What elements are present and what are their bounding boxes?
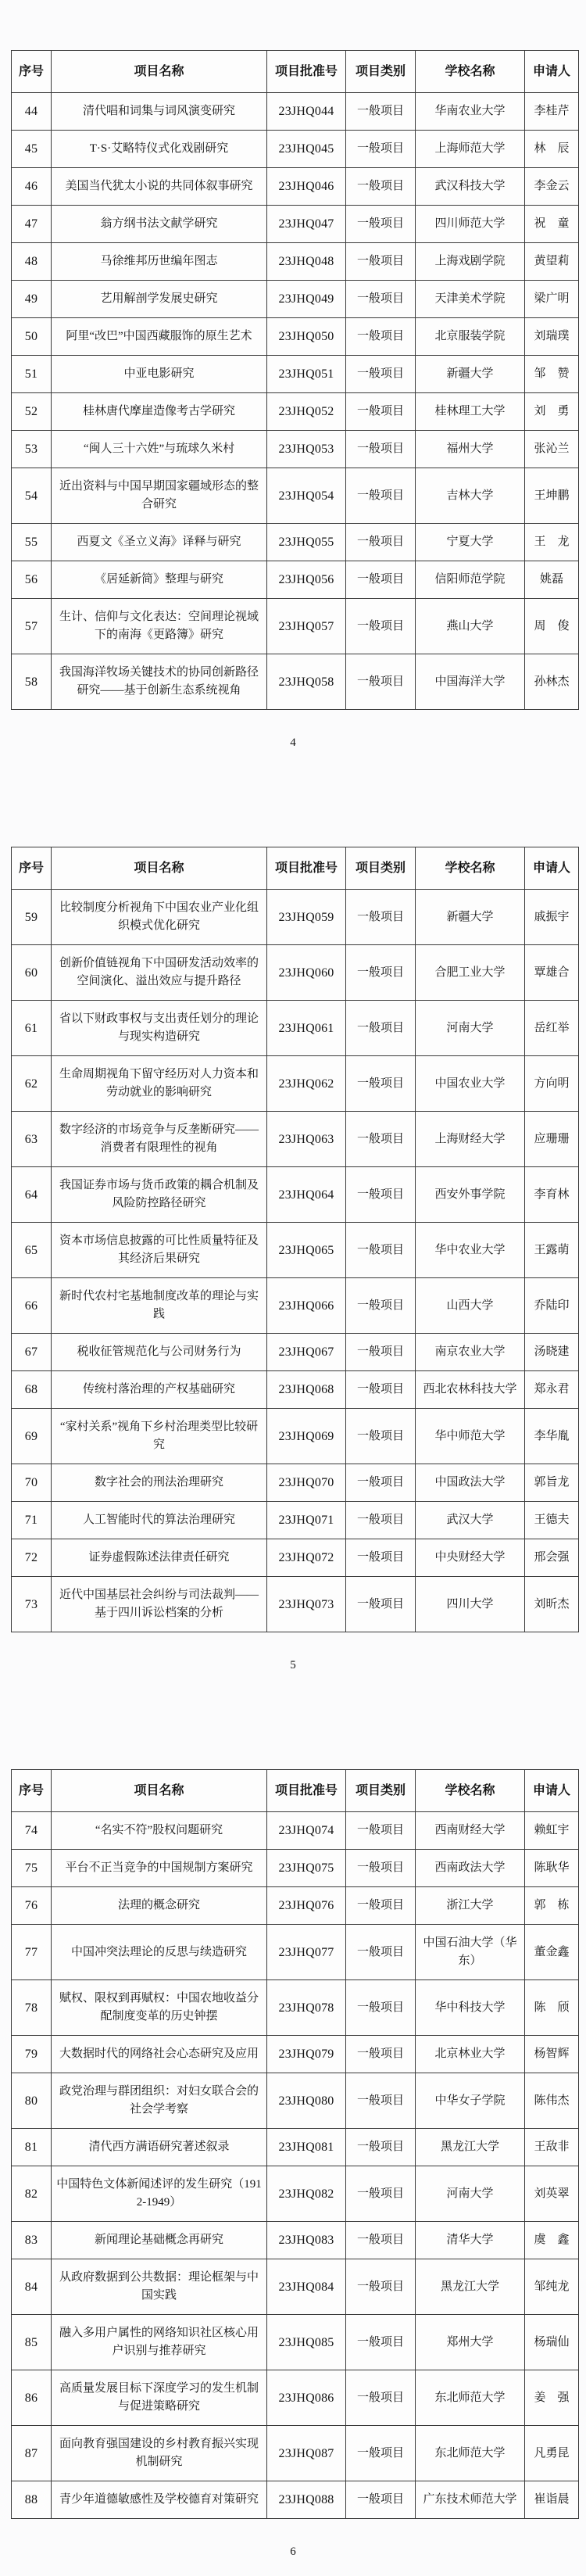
header-row: 序号项目名称项目批准号项目类别学校名称申请人 xyxy=(12,847,579,890)
table-row: 68传统村落治理的产权基础研究23JHQ068一般项目西北农林科技大学郑永君 xyxy=(12,1371,579,1409)
cell-applicant: 戚振宇 xyxy=(525,890,579,945)
cell-school: 燕山大学 xyxy=(416,599,525,654)
cell-grant-number: 23JHQ073 xyxy=(267,1577,346,1632)
table-row: 88青少年道德敏感性及学校德育对策研究23JHQ088一般项目广东技术师范大学崔… xyxy=(12,2481,579,2519)
table-row: 49艺用解剖学发展史研究23JHQ049一般项目天津美术学院梁广明 xyxy=(12,281,579,318)
table-row: 80政党治理与群团组织：对妇女联合会的社会学考察23JHQ080一般项目中华女子… xyxy=(12,2073,579,2129)
cell-category: 一般项目 xyxy=(346,1371,416,1409)
cell-applicant: 祝 童 xyxy=(525,206,579,243)
cell-serial: 54 xyxy=(12,468,52,524)
cell-grant-number: 23JHQ080 xyxy=(267,2073,346,2129)
table-row: 62生命周期视角下留守经历对人力资本和劳动就业的影响研究23JHQ062一般项目… xyxy=(12,1056,579,1112)
cell-school: 清华大学 xyxy=(416,2222,525,2259)
table-row: 57生计、信仰与文化表达：空间理论视域下的南海《更路簿》研究23JHQ057一般… xyxy=(12,599,579,654)
table-row: 67税收征管规范化与公司财务行为23JHQ067一般项目南京农业大学汤晓建 xyxy=(12,1334,579,1371)
page-break xyxy=(0,1672,586,1769)
cell-applicant: 张沁兰 xyxy=(525,431,579,468)
cell-serial: 45 xyxy=(12,131,52,168)
cell-category: 一般项目 xyxy=(346,654,416,710)
document-page-5: 序号项目名称项目批准号项目类别学校名称申请人 59比较制度分析视角下中国农业产业… xyxy=(0,847,586,1672)
cell-grant-number: 23JHQ078 xyxy=(267,1980,346,2036)
cell-school: 河南大学 xyxy=(416,2166,525,2222)
cell-applicant: 陈耿华 xyxy=(525,1850,579,1887)
table-row: 82中国特色文体新闻述评的发生研究（1912-1949）23JHQ082一般项目… xyxy=(12,2166,579,2222)
cell-applicant: 陈 颀 xyxy=(525,1980,579,2036)
cell-serial: 46 xyxy=(12,168,52,206)
cell-serial: 53 xyxy=(12,431,52,468)
table-header: 序号项目名称项目批准号项目类别学校名称申请人 xyxy=(12,1770,579,1812)
cell-school: 中国石油大学（华东） xyxy=(416,1925,525,1980)
cell-applicant: 王坤鹏 xyxy=(525,468,579,524)
cell-serial: 67 xyxy=(12,1334,52,1371)
cell-applicant: 王露萌 xyxy=(525,1223,579,1278)
cell-project-title: 省以下财政事权与支出责任划分的理论与现实构造研究 xyxy=(52,1001,267,1056)
cell-applicant: 刘英翠 xyxy=(525,2166,579,2222)
cell-serial: 63 xyxy=(12,1112,52,1167)
cell-school: 桂林理工大学 xyxy=(416,393,525,431)
cell-school: 山西大学 xyxy=(416,1278,525,1334)
table-row: 44清代唱和词集与词风演变研究23JHQ044一般项目华南农业大学李桂芹 xyxy=(12,93,579,131)
cell-applicant: 黄望莉 xyxy=(525,243,579,281)
table-row: 76法理的概念研究23JHQ076一般项目浙江大学郭 栋 xyxy=(12,1887,579,1925)
cell-applicant: 凡勇昆 xyxy=(525,2426,579,2481)
table-row: 53“闽人三十六姓”与琉球久米村23JHQ053一般项目福州大学张沁兰 xyxy=(12,431,579,468)
cell-category: 一般项目 xyxy=(346,2129,416,2166)
cell-category: 一般项目 xyxy=(346,2481,416,2519)
cell-category: 一般项目 xyxy=(346,1409,416,1464)
cell-applicant: 王敌非 xyxy=(525,2129,579,2166)
cell-grant-number: 23JHQ058 xyxy=(267,654,346,710)
cell-school: 西北农林科技大学 xyxy=(416,1371,525,1409)
cell-serial: 70 xyxy=(12,1464,52,1502)
table-row: 85融入多用户属性的网络知识社区核心用户识别与推荐研究23JHQ085一般项目郑… xyxy=(12,2315,579,2370)
cell-school: 中央财经大学 xyxy=(416,1539,525,1577)
cell-project-title: 资本市场信息披露的可比性质量特征及其经济后果研究 xyxy=(52,1223,267,1278)
column-header-grant-number: 项目批准号 xyxy=(267,847,346,890)
cell-serial: 66 xyxy=(12,1278,52,1334)
cell-serial: 51 xyxy=(12,356,52,393)
cell-applicant: 王德夫 xyxy=(525,1502,579,1539)
cell-school: 四川大学 xyxy=(416,1577,525,1632)
cell-grant-number: 23JHQ069 xyxy=(267,1409,346,1464)
table-row: 87面向教育强国建设的乡村教育振兴实现机制研究23JHQ087一般项目东北师范大… xyxy=(12,2426,579,2481)
cell-grant-number: 23JHQ085 xyxy=(267,2315,346,2370)
table-row: 46美国当代犹太小说的共同体叙事研究23JHQ046一般项目武汉科技大学李金云 xyxy=(12,168,579,206)
column-header-serial: 序号 xyxy=(12,51,52,93)
cell-school: 中国农业大学 xyxy=(416,1056,525,1112)
cell-project-title: 数字经济的市场竞争与反垄断研究——消费者有限理性的视角 xyxy=(52,1112,267,1167)
cell-serial: 50 xyxy=(12,318,52,356)
cell-project-title: 人工智能时代的算法治理研究 xyxy=(52,1502,267,1539)
cell-serial: 61 xyxy=(12,1001,52,1056)
cell-serial: 88 xyxy=(12,2481,52,2519)
cell-applicant: 孙林杰 xyxy=(525,654,579,710)
table-row: 45T·S·艾略特仪式化戏剧研究23JHQ045一般项目上海师范大学林 辰 xyxy=(12,131,579,168)
cell-category: 一般项目 xyxy=(346,599,416,654)
cell-applicant: 李华胤 xyxy=(525,1409,579,1464)
cell-category: 一般项目 xyxy=(346,2166,416,2222)
cell-project-title: “家村关系”视角下乡村治理类型比较研究 xyxy=(52,1409,267,1464)
cell-category: 一般项目 xyxy=(346,1167,416,1223)
cell-serial: 85 xyxy=(12,2315,52,2370)
cell-school: 黑龙江大学 xyxy=(416,2129,525,2166)
cell-serial: 68 xyxy=(12,1371,52,1409)
cell-project-title: 大数据时代的网络社会心态研究及应用 xyxy=(52,2036,267,2073)
cell-grant-number: 23JHQ083 xyxy=(267,2222,346,2259)
column-header-category: 项目类别 xyxy=(346,1770,416,1812)
column-header-grant-number: 项目批准号 xyxy=(267,51,346,93)
cell-category: 一般项目 xyxy=(346,1056,416,1112)
cell-serial: 47 xyxy=(12,206,52,243)
cell-school: 华南农业大学 xyxy=(416,93,525,131)
cell-serial: 80 xyxy=(12,2073,52,2129)
cell-serial: 76 xyxy=(12,1887,52,1925)
cell-applicant: 汤晓建 xyxy=(525,1334,579,1371)
cell-category: 一般项目 xyxy=(346,1577,416,1632)
cell-school: 南京农业大学 xyxy=(416,1334,525,1371)
table-row: 84从政府数据到公共数据：理论框架与中国实践23JHQ084一般项目黑龙江大学邹… xyxy=(12,2259,579,2315)
cell-grant-number: 23JHQ061 xyxy=(267,1001,346,1056)
cell-category: 一般项目 xyxy=(346,131,416,168)
cell-grant-number: 23JHQ070 xyxy=(267,1464,346,1502)
cell-school: 浙江大学 xyxy=(416,1887,525,1925)
cell-project-title: 《居延新简》整理与研究 xyxy=(52,561,267,599)
cell-serial: 48 xyxy=(12,243,52,281)
table-row: 72证券虚假陈述法律责任研究23JHQ072一般项目中央财经大学邢会强 xyxy=(12,1539,579,1577)
cell-school: 上海戏剧学院 xyxy=(416,243,525,281)
cell-category: 一般项目 xyxy=(346,393,416,431)
cell-school: 信阳师范学院 xyxy=(416,561,525,599)
page-number: 6 xyxy=(0,2546,586,2559)
cell-project-title: 法理的概念研究 xyxy=(52,1887,267,1925)
table-row: 61省以下财政事权与支出责任划分的理论与现实构造研究23JHQ061一般项目河南… xyxy=(12,1001,579,1056)
cell-category: 一般项目 xyxy=(346,2426,416,2481)
table-row: 54近出资料与中国早期国家疆域形态的整合研究23JHQ054一般项目吉林大学王坤… xyxy=(12,468,579,524)
cell-grant-number: 23JHQ065 xyxy=(267,1223,346,1278)
cell-category: 一般项目 xyxy=(346,1464,416,1502)
cell-project-title: 融入多用户属性的网络知识社区核心用户识别与推荐研究 xyxy=(52,2315,267,2370)
cell-project-title: 清代西方满语研究著述叙录 xyxy=(52,2129,267,2166)
cell-category: 一般项目 xyxy=(346,945,416,1001)
cell-grant-number: 23JHQ048 xyxy=(267,243,346,281)
cell-school: 西南政法大学 xyxy=(416,1850,525,1887)
cell-school: 中华女子学院 xyxy=(416,2073,525,2129)
cell-project-title: 西夏文《圣立义海》译释与研究 xyxy=(52,524,267,561)
table-row: 59比较制度分析视角下中国农业产业化组织模式优化研究23JHQ059一般项目新疆… xyxy=(12,890,579,945)
cell-project-title: 中国特色文体新闻述评的发生研究（1912-1949） xyxy=(52,2166,267,2222)
grant-list-document: 序号项目名称项目批准号项目类别学校名称申请人 44清代唱和词集与词风演变研究23… xyxy=(0,0,586,2576)
table-row: 51中亚电影研究23JHQ051一般项目新疆大学邹 赞 xyxy=(12,356,579,393)
cell-project-title: 证券虚假陈述法律责任研究 xyxy=(52,1539,267,1577)
cell-serial: 72 xyxy=(12,1539,52,1577)
cell-school: 广东技术师范大学 xyxy=(416,2481,525,2519)
cell-grant-number: 23JHQ076 xyxy=(267,1887,346,1925)
cell-grant-number: 23JHQ059 xyxy=(267,890,346,945)
cell-category: 一般项目 xyxy=(346,890,416,945)
table-header: 序号项目名称项目批准号项目类别学校名称申请人 xyxy=(12,51,579,93)
cell-project-title: 我国海洋牧场关键技术的协同创新路径研究——基于创新生态系统视角 xyxy=(52,654,267,710)
cell-grant-number: 23JHQ047 xyxy=(267,206,346,243)
cell-serial: 58 xyxy=(12,654,52,710)
table-row: 70数字社会的刑法治理研究23JHQ070一般项目中国政法大学郭旨龙 xyxy=(12,1464,579,1502)
table-row: 65资本市场信息披露的可比性质量特征及其经济后果研究23JHQ065一般项目华中… xyxy=(12,1223,579,1278)
cell-applicant: 杨瑞仙 xyxy=(525,2315,579,2370)
table-row: 79大数据时代的网络社会心态研究及应用23JHQ079一般项目北京林业大学杨智辉 xyxy=(12,2036,579,2073)
cell-applicant: 李桂芹 xyxy=(525,93,579,131)
cell-category: 一般项目 xyxy=(346,524,416,561)
cell-applicant: 崔诣晨 xyxy=(525,2481,579,2519)
cell-grant-number: 23JHQ064 xyxy=(267,1167,346,1223)
cell-serial: 74 xyxy=(12,1812,52,1850)
table-row: 86高质量发展目标下深度学习的发生机制与促进策略研究23JHQ086一般项目东北… xyxy=(12,2370,579,2426)
cell-project-title: 新时代农村宅基地制度改革的理论与实践 xyxy=(52,1278,267,1334)
cell-school: 西安外事学院 xyxy=(416,1167,525,1223)
table-row: 71人工智能时代的算法治理研究23JHQ071一般项目武汉大学王德夫 xyxy=(12,1502,579,1539)
cell-school: 新疆大学 xyxy=(416,356,525,393)
cell-school: 合肥工业大学 xyxy=(416,945,525,1001)
cell-applicant: 邢会强 xyxy=(525,1539,579,1577)
cell-serial: 77 xyxy=(12,1925,52,1980)
document-page-4: 序号项目名称项目批准号项目类别学校名称申请人 44清代唱和词集与词风演变研究23… xyxy=(0,50,586,750)
cell-school: 武汉科技大学 xyxy=(416,168,525,206)
cell-applicant: 刘 勇 xyxy=(525,393,579,431)
cell-school: 武汉大学 xyxy=(416,1502,525,1539)
cell-grant-number: 23JHQ063 xyxy=(267,1112,346,1167)
cell-project-title: 中国冲突法理论的反思与续造研究 xyxy=(52,1925,267,1980)
cell-grant-number: 23JHQ062 xyxy=(267,1056,346,1112)
cell-serial: 49 xyxy=(12,281,52,318)
cell-applicant: 姚磊 xyxy=(525,561,579,599)
cell-serial: 44 xyxy=(12,93,52,131)
cell-school: 华中师范大学 xyxy=(416,1409,525,1464)
column-header-project-title: 项目名称 xyxy=(52,51,267,93)
cell-category: 一般项目 xyxy=(346,1980,416,2036)
cell-category: 一般项目 xyxy=(346,356,416,393)
column-header-applicant: 申请人 xyxy=(525,51,579,93)
cell-grant-number: 23JHQ045 xyxy=(267,131,346,168)
cell-category: 一般项目 xyxy=(346,2315,416,2370)
cell-category: 一般项目 xyxy=(346,1278,416,1334)
cell-grant-number: 23JHQ086 xyxy=(267,2370,346,2426)
table-body: 44清代唱和词集与词风演变研究23JHQ044一般项目华南农业大学李桂芹45T·… xyxy=(12,93,579,710)
table-row: 50阿里“改巴”中国西藏服饰的原生艺术23JHQ050一般项目北京服装学院刘瑞璞 xyxy=(12,318,579,356)
cell-applicant: 郑永君 xyxy=(525,1371,579,1409)
table-row: 75平台不正当竞争的中国规制方案研究23JHQ075一般项目西南政法大学陈耿华 xyxy=(12,1850,579,1887)
cell-project-title: 生命周期视角下留守经历对人力资本和劳动就业的影响研究 xyxy=(52,1056,267,1112)
column-header-category: 项目类别 xyxy=(346,847,416,890)
table-row: 48马徐维邦历世编年图志23JHQ048一般项目上海戏剧学院黄望莉 xyxy=(12,243,579,281)
cell-project-title: 近代中国基层社会纠纷与司法裁判——基于四川诉讼档案的分析 xyxy=(52,1577,267,1632)
cell-project-title: 马徐维邦历世编年图志 xyxy=(52,243,267,281)
cell-project-title: 美国当代犹太小说的共同体叙事研究 xyxy=(52,168,267,206)
cell-category: 一般项目 xyxy=(346,1112,416,1167)
cell-serial: 78 xyxy=(12,1980,52,2036)
cell-applicant: 刘昕杰 xyxy=(525,1577,579,1632)
cell-project-title: 翁方纲书法文献学研究 xyxy=(52,206,267,243)
cell-project-title: 平台不正当竞争的中国规制方案研究 xyxy=(52,1850,267,1887)
table-row: 55西夏文《圣立义海》译释与研究23JHQ055一般项目宁夏大学王 龙 xyxy=(12,524,579,561)
cell-grant-number: 23JHQ051 xyxy=(267,356,346,393)
cell-school: 北京服装学院 xyxy=(416,318,525,356)
cell-category: 一般项目 xyxy=(346,2370,416,2426)
cell-applicant: 岳红举 xyxy=(525,1001,579,1056)
cell-grant-number: 23JHQ075 xyxy=(267,1850,346,1887)
cell-serial: 52 xyxy=(12,393,52,431)
cell-project-title: 桂林唐代摩崖造像考古学研究 xyxy=(52,393,267,431)
cell-project-title: 数字社会的刑法治理研究 xyxy=(52,1464,267,1502)
cell-applicant: 赖虹宇 xyxy=(525,1812,579,1850)
cell-category: 一般项目 xyxy=(346,2259,416,2315)
cell-category: 一般项目 xyxy=(346,2222,416,2259)
header-row: 序号项目名称项目批准号项目类别学校名称申请人 xyxy=(12,51,579,93)
cell-category: 一般项目 xyxy=(346,1812,416,1850)
cell-project-title: 阿里“改巴”中国西藏服饰的原生艺术 xyxy=(52,318,267,356)
cell-school: 天津美术学院 xyxy=(416,281,525,318)
cell-category: 一般项目 xyxy=(346,2036,416,2073)
cell-applicant: 董金鑫 xyxy=(525,1925,579,1980)
cell-school: 四川师范大学 xyxy=(416,206,525,243)
cell-applicant: 邹纯龙 xyxy=(525,2259,579,2315)
cell-school: 东北师范大学 xyxy=(416,2370,525,2426)
page-break xyxy=(0,750,586,847)
cell-project-title: 政党治理与群团组织：对妇女联合会的社会学考察 xyxy=(52,2073,267,2129)
cell-category: 一般项目 xyxy=(346,1223,416,1278)
cell-grant-number: 23JHQ088 xyxy=(267,2481,346,2519)
cell-grant-number: 23JHQ053 xyxy=(267,431,346,468)
cell-project-title: 比较制度分析视角下中国农业产业化组织模式优化研究 xyxy=(52,890,267,945)
cell-school: 福州大学 xyxy=(416,431,525,468)
cell-serial: 81 xyxy=(12,2129,52,2166)
cell-grant-number: 23JHQ049 xyxy=(267,281,346,318)
cell-grant-number: 23JHQ074 xyxy=(267,1812,346,1850)
cell-grant-number: 23JHQ055 xyxy=(267,524,346,561)
cell-applicant: 李金云 xyxy=(525,168,579,206)
cell-category: 一般项目 xyxy=(346,2073,416,2129)
cell-applicant: 应珊珊 xyxy=(525,1112,579,1167)
cell-category: 一般项目 xyxy=(346,1887,416,1925)
cell-applicant: 刘瑞璞 xyxy=(525,318,579,356)
cell-project-title: 近出资料与中国早期国家疆域形态的整合研究 xyxy=(52,468,267,524)
cell-serial: 57 xyxy=(12,599,52,654)
table-row: 66新时代农村宅基地制度改革的理论与实践23JHQ066一般项目山西大学乔陆印 xyxy=(12,1278,579,1334)
cell-grant-number: 23JHQ072 xyxy=(267,1539,346,1577)
table-row: 47翁方纲书法文献学研究23JHQ047一般项目四川师范大学祝 童 xyxy=(12,206,579,243)
cell-category: 一般项目 xyxy=(346,206,416,243)
cell-school: 上海师范大学 xyxy=(416,131,525,168)
cell-grant-number: 23JHQ057 xyxy=(267,599,346,654)
cell-grant-number: 23JHQ054 xyxy=(267,468,346,524)
table-body: 59比较制度分析视角下中国农业产业化组织模式优化研究23JHQ059一般项目新疆… xyxy=(12,890,579,1632)
cell-applicant: 姜 强 xyxy=(525,2370,579,2426)
table-row: 52桂林唐代摩崖造像考古学研究23JHQ052一般项目桂林理工大学刘 勇 xyxy=(12,393,579,431)
cell-grant-number: 23JHQ060 xyxy=(267,945,346,1001)
cell-applicant: 虞 鑫 xyxy=(525,2222,579,2259)
cell-applicant: 林 辰 xyxy=(525,131,579,168)
table-row: 69“家村关系”视角下乡村治理类型比较研究23JHQ069一般项目华中师范大学李… xyxy=(12,1409,579,1464)
cell-project-title: 我国证券市场与货币政策的耦合机制及风险防控路径研究 xyxy=(52,1167,267,1223)
cell-project-title: 新闻理论基础概念再研究 xyxy=(52,2222,267,2259)
cell-serial: 79 xyxy=(12,2036,52,2073)
cell-school: 郑州大学 xyxy=(416,2315,525,2370)
cell-category: 一般项目 xyxy=(346,561,416,599)
cell-grant-number: 23JHQ081 xyxy=(267,2129,346,2166)
table-row: 73近代中国基层社会纠纷与司法裁判——基于四川诉讼档案的分析23JHQ073一般… xyxy=(12,1577,579,1632)
cell-school: 河南大学 xyxy=(416,1001,525,1056)
cell-applicant: 方向明 xyxy=(525,1056,579,1112)
document-page-6: 序号项目名称项目批准号项目类别学校名称申请人 74“名实不符”股权问题研究23J… xyxy=(0,1769,586,2559)
cell-serial: 60 xyxy=(12,945,52,1001)
cell-grant-number: 23JHQ082 xyxy=(267,2166,346,2222)
cell-school: 西南财经大学 xyxy=(416,1812,525,1850)
cell-applicant: 邹 赞 xyxy=(525,356,579,393)
cell-grant-number: 23JHQ066 xyxy=(267,1278,346,1334)
cell-project-title: 中亚电影研究 xyxy=(52,356,267,393)
cell-applicant: 周 俊 xyxy=(525,599,579,654)
cell-serial: 73 xyxy=(12,1577,52,1632)
column-header-serial: 序号 xyxy=(12,1770,52,1812)
cell-category: 一般项目 xyxy=(346,468,416,524)
column-header-school: 学校名称 xyxy=(416,847,525,890)
cell-grant-number: 23JHQ050 xyxy=(267,318,346,356)
cell-grant-number: 23JHQ067 xyxy=(267,1334,346,1371)
column-header-grant-number: 项目批准号 xyxy=(267,1770,346,1812)
cell-project-title: 赋权、限权到再赋权：中国农地收益分配制度变革的历史钟摆 xyxy=(52,1980,267,2036)
cell-category: 一般项目 xyxy=(346,1925,416,1980)
cell-grant-number: 23JHQ084 xyxy=(267,2259,346,2315)
cell-applicant: 梁广明 xyxy=(525,281,579,318)
cell-grant-number: 23JHQ068 xyxy=(267,1371,346,1409)
cell-school: 新疆大学 xyxy=(416,890,525,945)
projects-table: 序号项目名称项目批准号项目类别学校名称申请人 74“名实不符”股权问题研究23J… xyxy=(11,1769,579,2519)
cell-applicant: 郭 栋 xyxy=(525,1887,579,1925)
cell-applicant: 乔陆印 xyxy=(525,1278,579,1334)
cell-serial: 82 xyxy=(12,2166,52,2222)
cell-grant-number: 23JHQ071 xyxy=(267,1502,346,1539)
cell-applicant: 王 龙 xyxy=(525,524,579,561)
cell-project-title: T·S·艾略特仪式化戏剧研究 xyxy=(52,131,267,168)
cell-school: 宁夏大学 xyxy=(416,524,525,561)
cell-project-title: 传统村落治理的产权基础研究 xyxy=(52,1371,267,1409)
projects-table: 序号项目名称项目批准号项目类别学校名称申请人 59比较制度分析视角下中国农业产业… xyxy=(11,847,579,1632)
cell-applicant: 李育林 xyxy=(525,1167,579,1223)
cell-serial: 55 xyxy=(12,524,52,561)
cell-school: 北京林业大学 xyxy=(416,2036,525,2073)
cell-grant-number: 23JHQ046 xyxy=(267,168,346,206)
cell-school: 华中农业大学 xyxy=(416,1223,525,1278)
table-row: 64我国证券市场与货币政策的耦合机制及风险防控路径研究23JHQ064一般项目西… xyxy=(12,1167,579,1223)
cell-project-title: 艺用解剖学发展史研究 xyxy=(52,281,267,318)
column-header-project-title: 项目名称 xyxy=(52,1770,267,1812)
cell-school: 吉林大学 xyxy=(416,468,525,524)
table-row: 78赋权、限权到再赋权：中国农地收益分配制度变革的历史钟摆23JHQ078一般项… xyxy=(12,1980,579,2036)
cell-category: 一般项目 xyxy=(346,93,416,131)
cell-project-title: 税收征管规范化与公司财务行为 xyxy=(52,1334,267,1371)
cell-category: 一般项目 xyxy=(346,1850,416,1887)
table-row: 56《居延新简》整理与研究23JHQ056一般项目信阳师范学院姚磊 xyxy=(12,561,579,599)
cell-applicant: 郭旨龙 xyxy=(525,1464,579,1502)
table-row: 58我国海洋牧场关键技术的协同创新路径研究——基于创新生态系统视角23JHQ05… xyxy=(12,654,579,710)
projects-table: 序号项目名称项目批准号项目类别学校名称申请人 44清代唱和词集与词风演变研究23… xyxy=(11,50,579,710)
cell-category: 一般项目 xyxy=(346,318,416,356)
cell-grant-number: 23JHQ077 xyxy=(267,1925,346,1980)
cell-school: 华中科技大学 xyxy=(416,1980,525,2036)
cell-project-title: 从政府数据到公共数据：理论框架与中国实践 xyxy=(52,2259,267,2315)
table-row: 77中国冲突法理论的反思与续造研究23JHQ077一般项目中国石油大学（华东）董… xyxy=(12,1925,579,1980)
cell-serial: 71 xyxy=(12,1502,52,1539)
cell-school: 黑龙江大学 xyxy=(416,2259,525,2315)
column-header-serial: 序号 xyxy=(12,847,52,890)
table-row: 74“名实不符”股权问题研究23JHQ074一般项目西南财经大学赖虹宇 xyxy=(12,1812,579,1850)
